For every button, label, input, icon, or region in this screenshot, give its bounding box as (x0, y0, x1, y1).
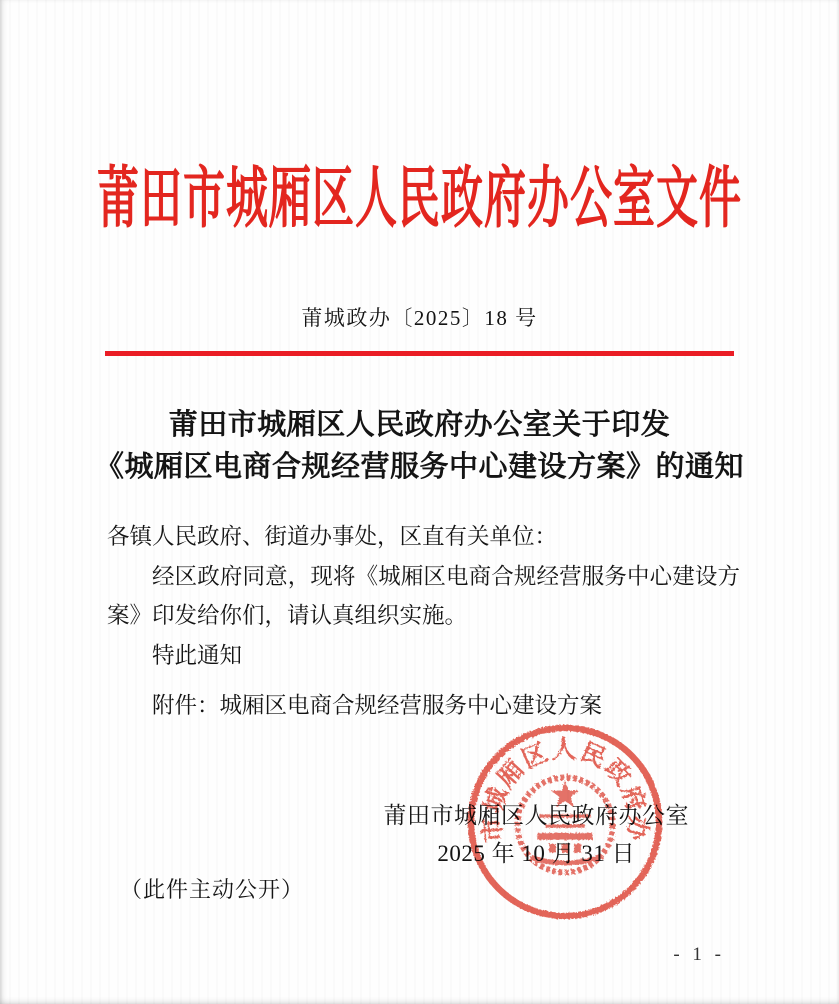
notice-title-line1: 莆田市城厢区人民政府办公室关于印发 (0, 404, 839, 446)
notice-title-line2: 《城厢区电商合规经营服务中心建设方案》的通知 (0, 446, 839, 488)
issuer-name: 莆田市城厢区人民政府办公室 (384, 797, 690, 835)
disclosure-note: （此件主动公开） (120, 873, 304, 904)
closing-phrase: 特此通知 (107, 636, 740, 676)
red-letterhead-title: 莆田市城厢区人民政府办公室文件 (0, 144, 839, 256)
signature-block: 莆田市城厢区人民政府办公室 2025 年 10 月 31 日 (384, 797, 690, 873)
red-divider-line (105, 351, 734, 356)
notice-title: 莆田市城厢区人民政府办公室关于印发 《城厢区电商合规经营服务中心建设方案》的通知 (0, 404, 839, 488)
salutation-line: 各镇人民政府、街道办事处，区直有关单位： (107, 517, 740, 557)
attachment-line: 附件：城厢区电商合规经营服务中心建设方案 (107, 686, 740, 726)
document-body: 各镇人民政府、街道办事处，区直有关单位： 经区政府同意，现将《城厢区电商合规经营… (107, 517, 740, 726)
body-paragraph: 经区政府同意，现将《城厢区电商合规经营服务中心建设方案》印发给你们，请认真组织实… (107, 557, 740, 636)
document-page: 莆田市城厢区人民政府办公室文件 莆城政办〔2025〕18 号 莆田市城厢区人民政… (0, 0, 839, 1004)
document-number: 莆城政办〔2025〕18 号 (0, 302, 839, 332)
page-number: - 1 - (673, 944, 725, 966)
issue-date: 2025 年 10 月 31 日 (384, 835, 690, 873)
